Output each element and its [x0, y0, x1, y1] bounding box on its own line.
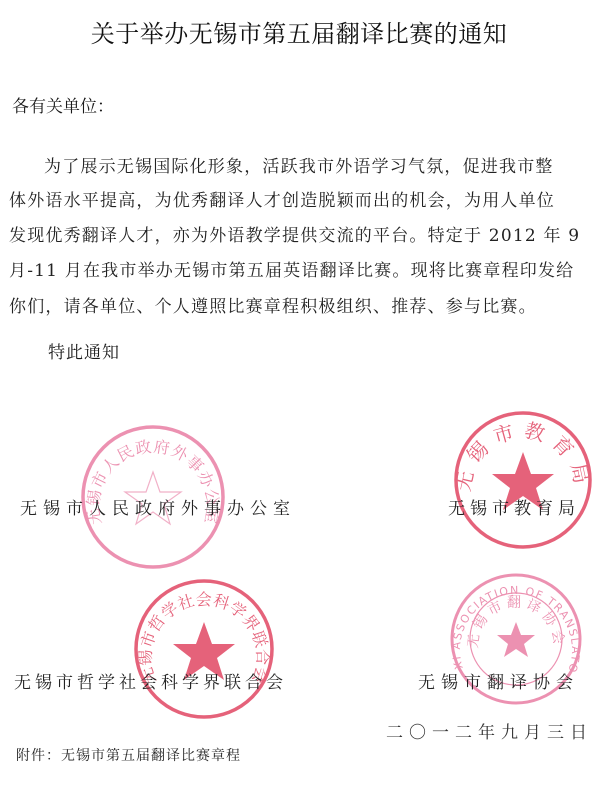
salutation: 各有关单位：: [12, 92, 114, 117]
body-line: 体外语水平提高，为优秀翻译人才创造脱颖而出的机会，为用人单位: [9, 186, 555, 211]
document-date: 二〇一二年九月三日: [386, 718, 593, 743]
signatory-translators-association: 无锡市翻译协会: [418, 668, 579, 693]
body-line: 月-11 月在我市举办无锡市第五届英语翻译比赛。现将比赛章程印发给: [9, 256, 574, 281]
document-title: 关于举办无锡市第五届翻译比赛的通知: [0, 14, 598, 49]
official-seal-icon: 无锡市教育局: [453, 410, 593, 550]
body-line: 为了展示无锡国际化形象，活跃我市外语学习气氛，促进我市整: [44, 152, 554, 177]
attachment-note: 附件：无锡市第五届翻译比赛章程: [16, 745, 241, 765]
official-seal-icon: 无锡市哲学社会科学界联合会: [133, 578, 275, 720]
signatory-foreign-affairs-office: 无锡市人民政府外事办公室: [20, 494, 296, 519]
body-line: 发现优秀翻译人才，亦为外语教学提供交流的平台。特定于 2012 年 9: [9, 221, 580, 246]
closing-remark: 特此通知: [48, 338, 120, 363]
signatory-education-bureau: 无锡市教育局: [448, 494, 580, 519]
body-line: 你们，请各单位、个人遵照比赛章程积极组织、推荐、参与比赛。: [9, 292, 537, 317]
signatory-social-sciences-federation: 无锡市哲学社会科学界联合会: [14, 668, 287, 693]
